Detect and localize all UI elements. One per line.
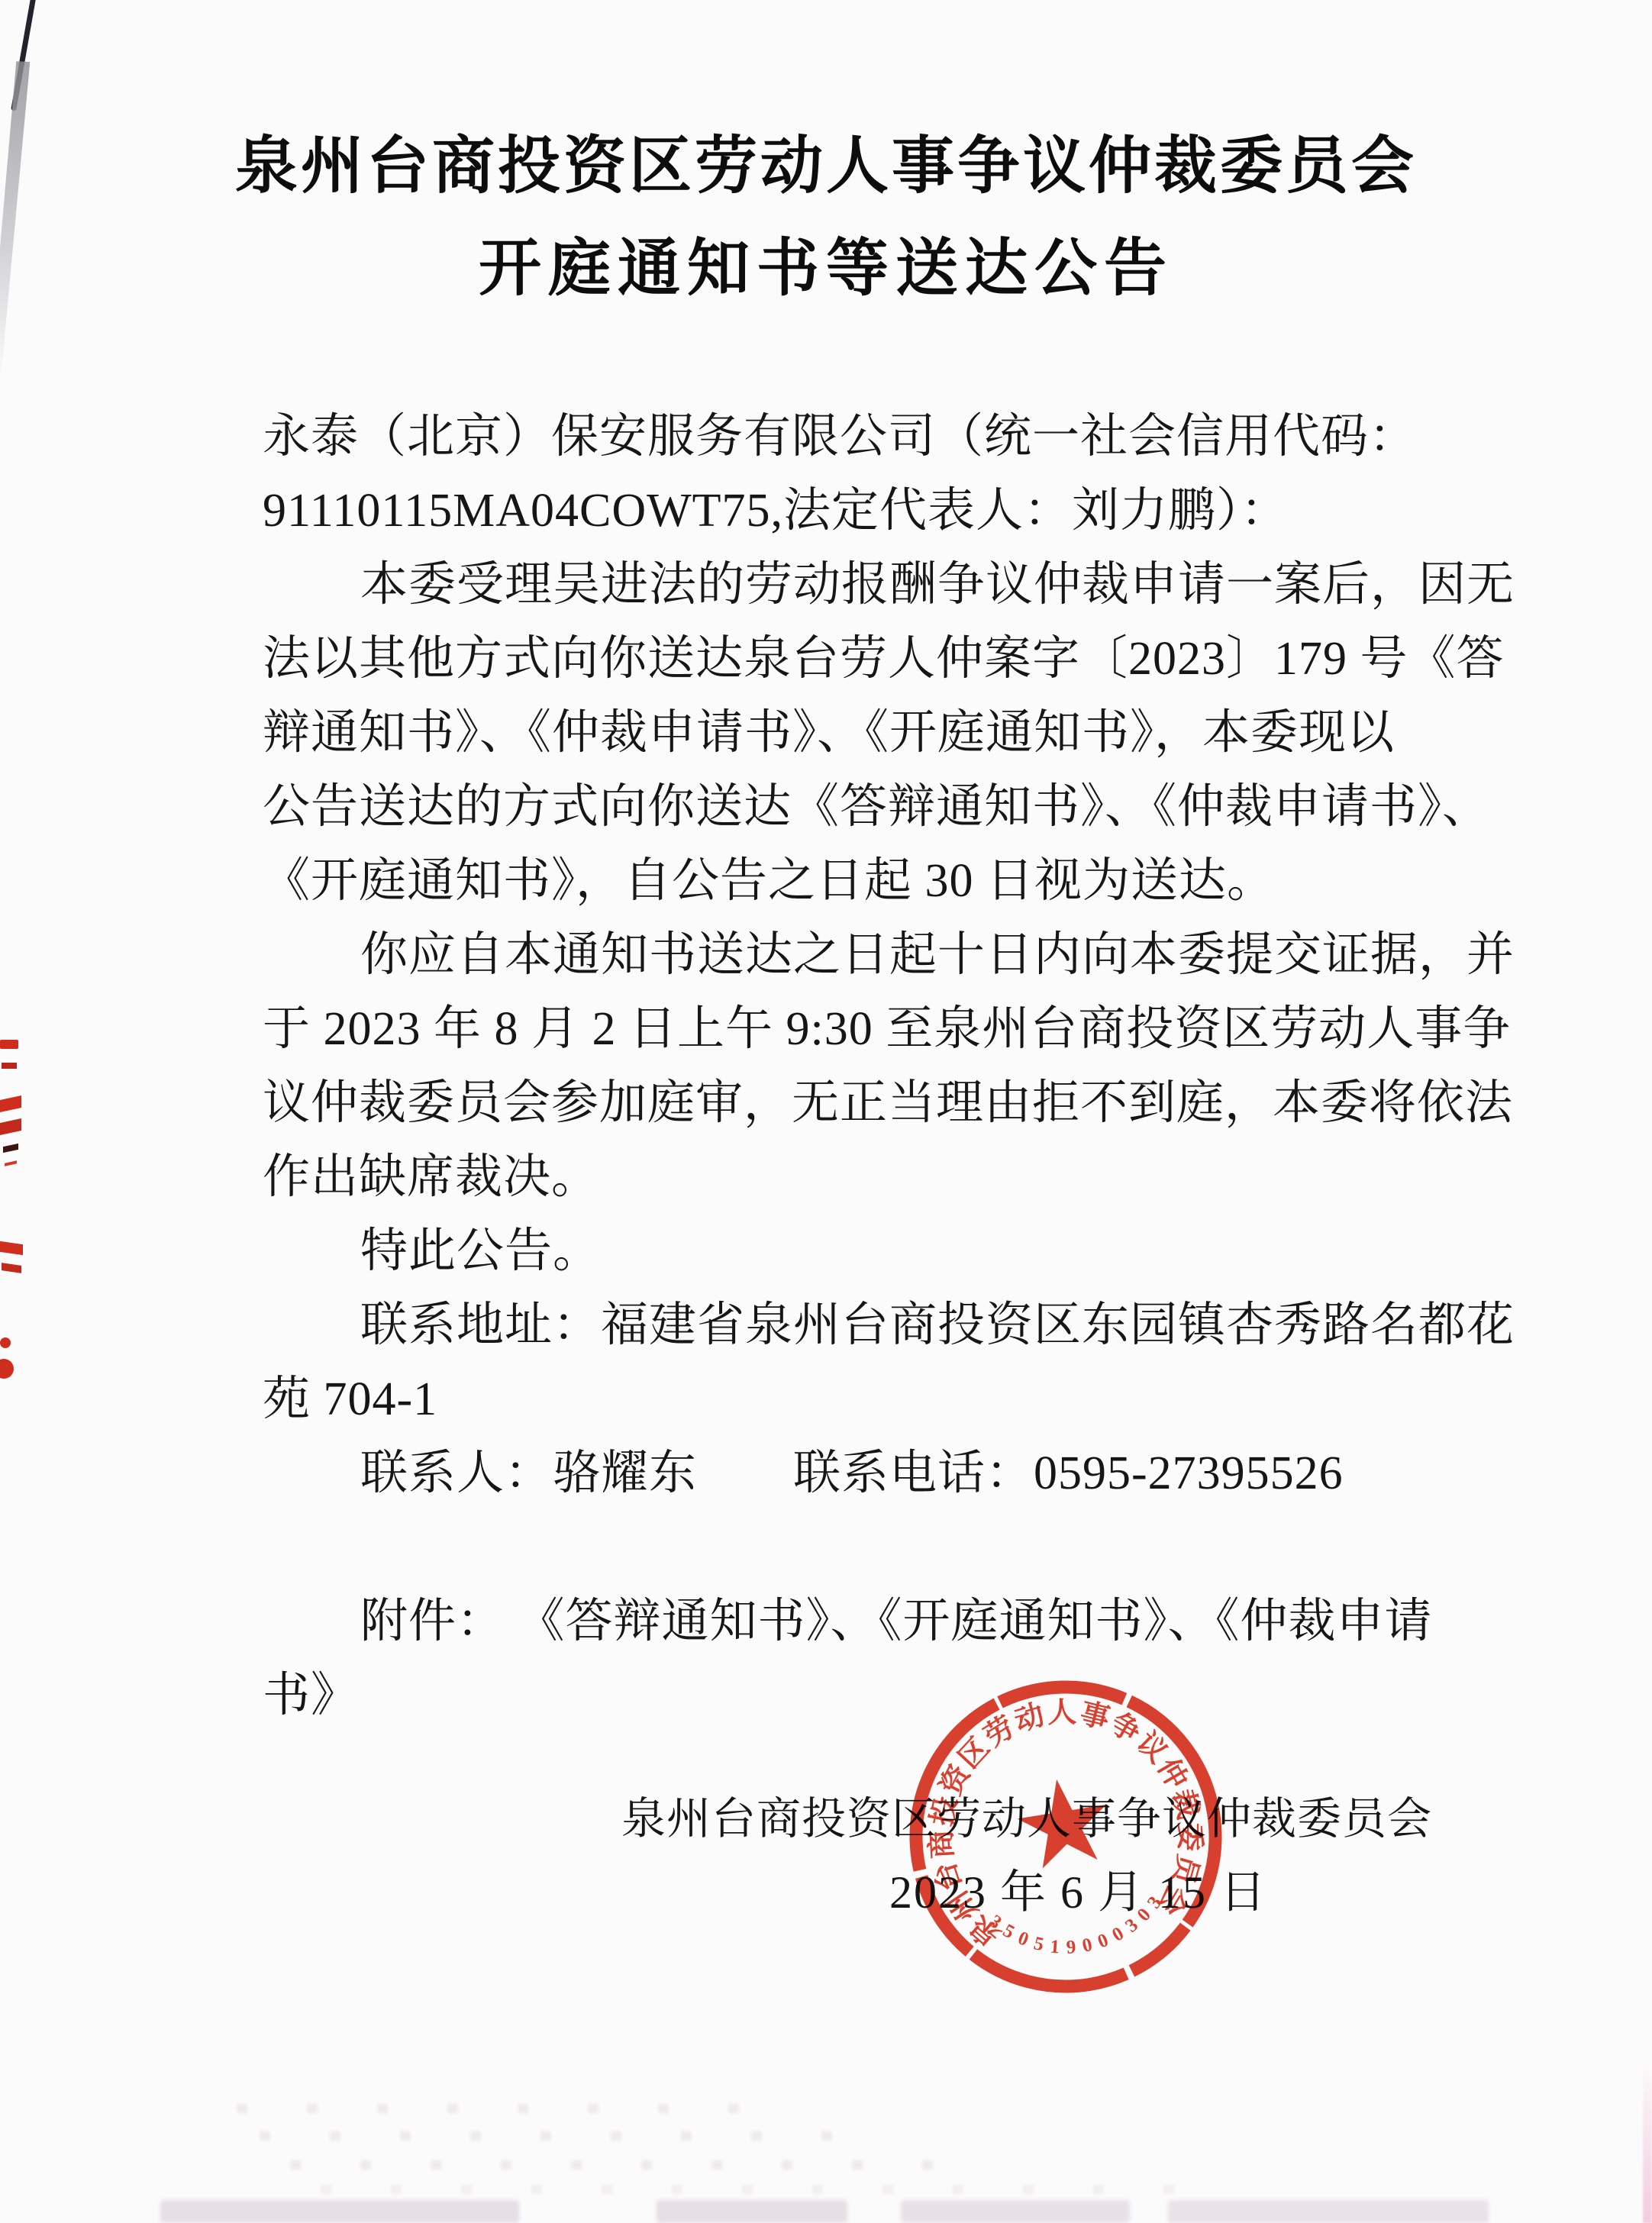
document-title-line2: 开庭通知书等送达公告 <box>0 218 1652 308</box>
body-line: 永泰（北京）保安服务有限公司（统一社会信用代码： <box>263 400 1435 474</box>
seal-star-icon <box>1012 1773 1115 1871</box>
body-line: 《开庭通知书》，自公告之日起 30 日视为送达。 <box>263 844 1435 918</box>
body-line: 公告送达的方式向你送达《答辩通知书》、《仲裁申请书》、 <box>263 770 1435 844</box>
body-line: 特此公告。 <box>263 1215 1435 1289</box>
body-line-blank <box>263 1511 1435 1585</box>
bleedthrough-ghost-row <box>237 2104 771 2113</box>
red-ink-fragment <box>0 1241 23 1255</box>
body-line: 法以其他方式向你送达泉台劳人仲案字〔2023〕179 号《答 <box>263 622 1435 696</box>
red-ink-fragment <box>0 1040 18 1049</box>
red-ink-fragment <box>0 1337 11 1348</box>
bleedthrough-smudge <box>901 2200 1130 2223</box>
body-line: 于 2023 年 8 月 2 日上午 9:30 至泉州台商投资区劳动人事争 <box>263 992 1435 1066</box>
body-line: 书》 <box>263 1659 1435 1733</box>
bleedthrough-smudge <box>657 2200 847 2223</box>
bleedthrough-smudge <box>1168 2200 1489 2223</box>
body-line: 议仲裁委员会参加庭审，无正当理由拒不到庭，本委将依法 <box>263 1066 1435 1141</box>
document-body: 永泰（北京）保安服务有限公司（统一社会信用代码： 91110115MA04COW… <box>263 400 1435 1733</box>
bleedthrough-ghost-row <box>290 2160 977 2170</box>
body-line: 辩通知书》、《仲裁申请书》、《开庭通知书》，本委现以 <box>263 696 1435 770</box>
official-seal: 泉州台商投资区劳动人事争议仲裁委员会 350519000303 <box>898 1669 1234 2005</box>
document-title-line1: 泉州台商投资区劳动人事争议仲裁委员会 <box>0 116 1652 205</box>
scanned-notice-page: 泉州台商投资区劳动人事争议仲裁委员会 开庭通知书等送达公告 永泰（北京）保安服务… <box>0 0 1652 2223</box>
body-line: 附件： 《答辩通知书》、《开庭通知书》、《仲裁申请 <box>263 1585 1435 1659</box>
body-line: 你应自本通知书送达之日起十日内向本委提交证据，并 <box>263 918 1435 992</box>
bleedthrough-ghost-row <box>260 2131 840 2141</box>
body-line: 91110115MA04COWT75,法定代表人：刘力鹏）： <box>263 474 1435 548</box>
body-line: 联系地址：福建省泉州台商投资区东园镇杏秀路名都花 <box>263 1289 1435 1363</box>
red-ink-fragment <box>0 1095 21 1112</box>
body-line: 作出缺席裁决。 <box>263 1141 1435 1215</box>
body-line: 本委受理吴进法的劳动报酬争议仲裁申请一案后，因无 <box>263 548 1435 622</box>
scan-edge-pink-streak <box>1643 2061 1652 2223</box>
body-line: 联系人：骆耀东 联系电话：0595-27395526 <box>263 1437 1435 1511</box>
bleedthrough-smudge <box>160 2200 519 2223</box>
bleedthrough-ghost-row <box>321 2185 1221 2194</box>
body-line: 苑 704-1 <box>263 1363 1435 1437</box>
